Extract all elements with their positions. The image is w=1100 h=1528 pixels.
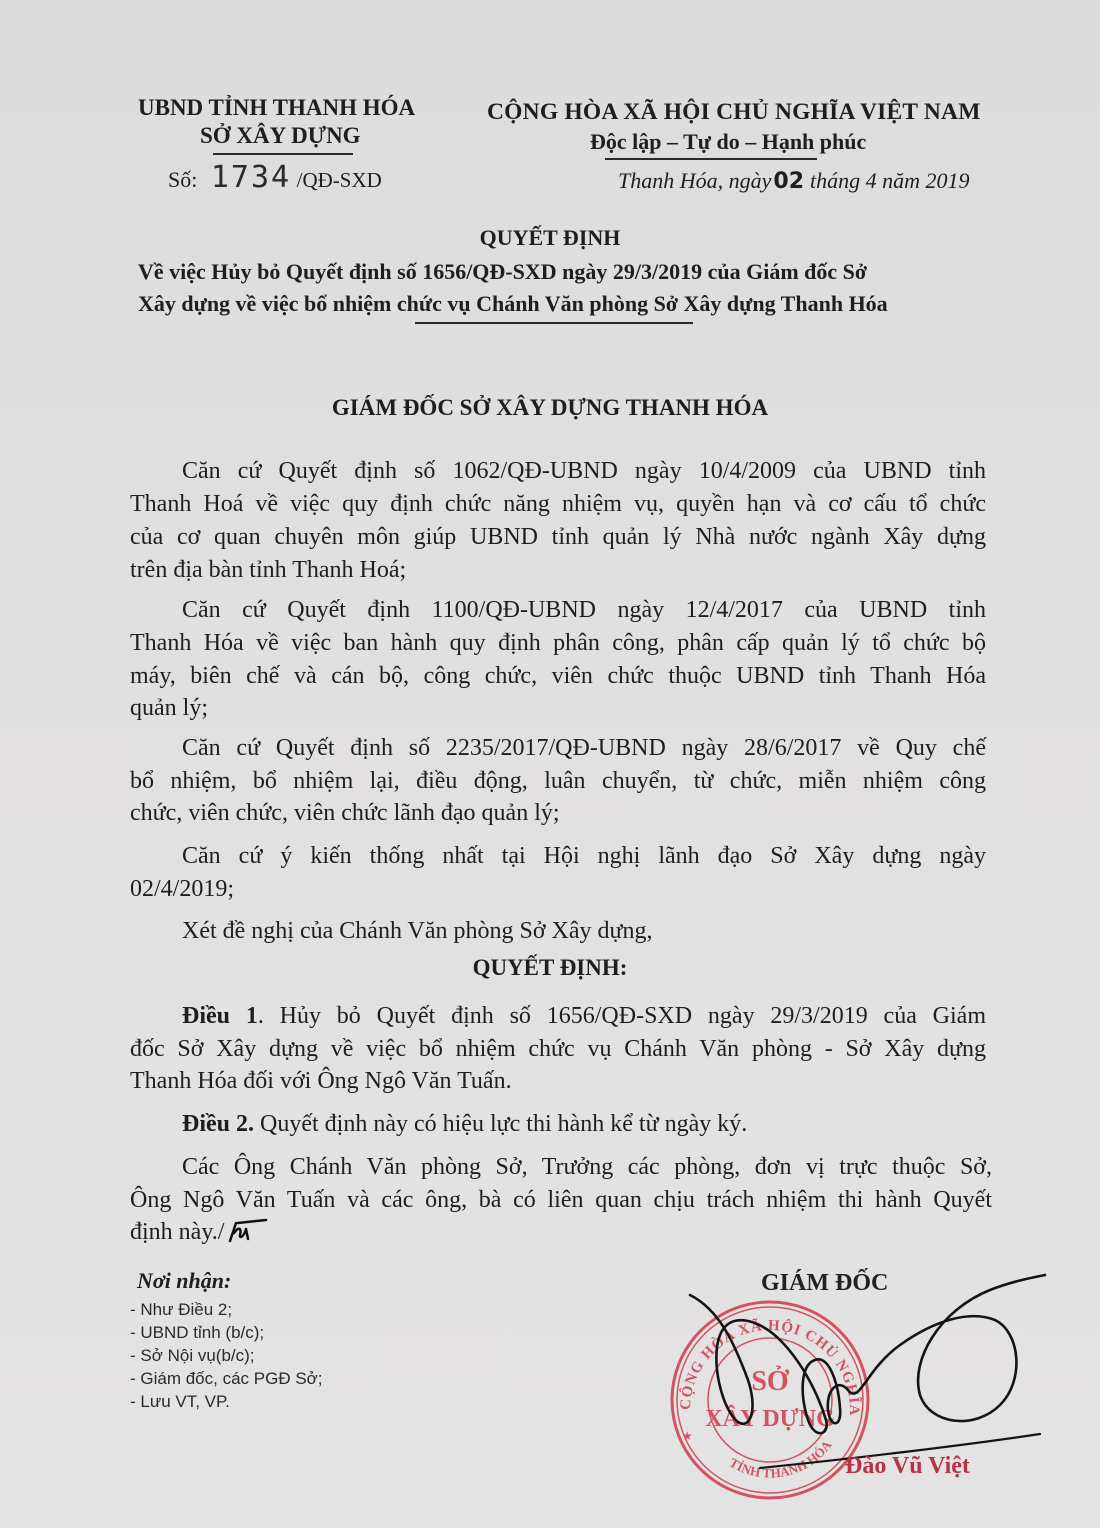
- recipient-item: - Sở Nội vụ(b/c);: [130, 1344, 323, 1367]
- article-1-line: Điều 1. Hủy bỏ Quyết định số 1656/QĐ-SXD…: [182, 1000, 986, 1033]
- basis-2-line: máy, biên chế và cán bộ, công chức, viên…: [130, 660, 986, 693]
- national-motto: Độc lập – Tự do – Hạnh phúc: [590, 129, 866, 155]
- basis-3-line: chức, viên chức, viên chức lãnh đạo quản…: [130, 797, 560, 830]
- issue-date: Thanh Hóa, ngày02tháng 4 năm 2019: [618, 168, 970, 194]
- motto-underline: [605, 158, 817, 160]
- subject-line-1: Về việc Hủy bỏ Quyết định số 1656/QĐ-SXD…: [138, 259, 867, 285]
- decision-heading: QUYẾT ĐỊNH:: [0, 955, 1100, 981]
- execution-line: định này./: [130, 1216, 270, 1249]
- article-1-line: đốc Sở Xây dựng về việc bổ nhiệm chức vụ…: [130, 1033, 986, 1066]
- number-handwritten: 1734: [211, 160, 291, 195]
- basis-1-line: của cơ quan chuyên môn giúp UBND tỉnh qu…: [130, 521, 986, 554]
- initials-mark-icon: [226, 1217, 270, 1243]
- execution-line: Ông Ngô Văn Tuấn và các ông, bà có liên …: [130, 1184, 992, 1217]
- recipients-list: - Như Điều 2; - UBND tỉnh (b/c); - Sở Nộ…: [130, 1298, 323, 1413]
- recipient-item: - Như Điều 2;: [130, 1298, 323, 1321]
- recipients-heading: Nơi nhận:: [137, 1268, 231, 1294]
- subject-underline: [415, 322, 693, 324]
- article-1-line: Thanh Hóa đối với Ông Ngô Văn Tuấn.: [130, 1065, 512, 1098]
- article-1-text: . Hủy bỏ Quyết định số 1656/QĐ-SXD ngày …: [258, 1003, 986, 1029]
- number-label: Số:: [168, 167, 197, 192]
- document-number: Số: 1734 /QĐ-SXD: [168, 160, 382, 195]
- basis-1-line: trên địa bàn tỉnh Thanh Hoá;: [130, 554, 406, 587]
- handwritten-signature: [640, 1250, 1060, 1470]
- subject-line-2: Xây dựng về việc bổ nhiệm chức vụ Chánh …: [138, 291, 888, 317]
- number-suffix: /QĐ-SXD: [297, 168, 382, 192]
- basis-4-line: Căn cứ ý kiến thống nhất tại Hội nghị lã…: [182, 840, 986, 873]
- article-2-text: Quyết định này có hiệu lực thi hành kể t…: [254, 1111, 747, 1137]
- basis-4-line: 02/4/2019;: [130, 873, 234, 906]
- basis-2-line: quản lý;: [130, 692, 208, 725]
- basis-5-line: Xét đề nghị của Chánh Văn phòng Sở Xây d…: [182, 915, 653, 948]
- execution-line: Các Ông Chánh Văn phòng Sở, Trưởng các p…: [182, 1151, 992, 1184]
- basis-2-line: Thanh Hóa về việc ban hành quy định phân…: [130, 627, 986, 660]
- basis-2-line: Căn cứ Quyết định 1100/QĐ-UBND ngày 12/4…: [182, 594, 986, 627]
- authority-heading: GIÁM ĐỐC SỞ XÂY DỰNG THANH HÓA: [0, 395, 1100, 421]
- article-2-line: Điều 2. Quyết định này có hiệu lực thi h…: [182, 1108, 747, 1141]
- basis-3-line: Căn cứ Quyết định số 2235/2017/QĐ-UBND n…: [182, 732, 986, 765]
- date-day-handwritten: 02: [773, 169, 804, 194]
- basis-1-line: Thanh Hoá về việc quy định chức năng nhi…: [130, 488, 986, 521]
- issuing-department: SỞ XÂY DỰNG: [200, 123, 361, 149]
- department-underline: [213, 153, 353, 155]
- execution-end: định này./: [130, 1219, 224, 1245]
- basis-1-line: Căn cứ Quyết định số 1062/QĐ-UBND ngày 1…: [182, 455, 986, 488]
- recipient-item: - Giám đốc, các PGĐ Sở;: [130, 1367, 323, 1390]
- document-heading: QUYẾT ĐỊNH: [0, 225, 1100, 251]
- article-1-label: Điều 1: [182, 1003, 258, 1029]
- basis-3-line: bổ nhiệm, bổ nhiệm lại, điều động, luân …: [130, 765, 986, 798]
- recipient-item: - Lưu VT, VP.: [130, 1390, 323, 1413]
- article-2-label: Điều 2.: [182, 1111, 254, 1137]
- date-suffix: tháng 4 năm 2019: [810, 168, 970, 193]
- national-title: CỘNG HÒA XÃ HỘI CHỦ NGHĨA VIỆT NAM: [487, 99, 981, 126]
- issuing-agency: UBND TỈNH THANH HÓA: [138, 95, 415, 121]
- recipient-item: - UBND tỉnh (b/c);: [130, 1321, 323, 1344]
- signatory-name: Đào Vũ Việt: [845, 1453, 970, 1480]
- date-prefix: Thanh Hóa, ngày: [618, 168, 771, 193]
